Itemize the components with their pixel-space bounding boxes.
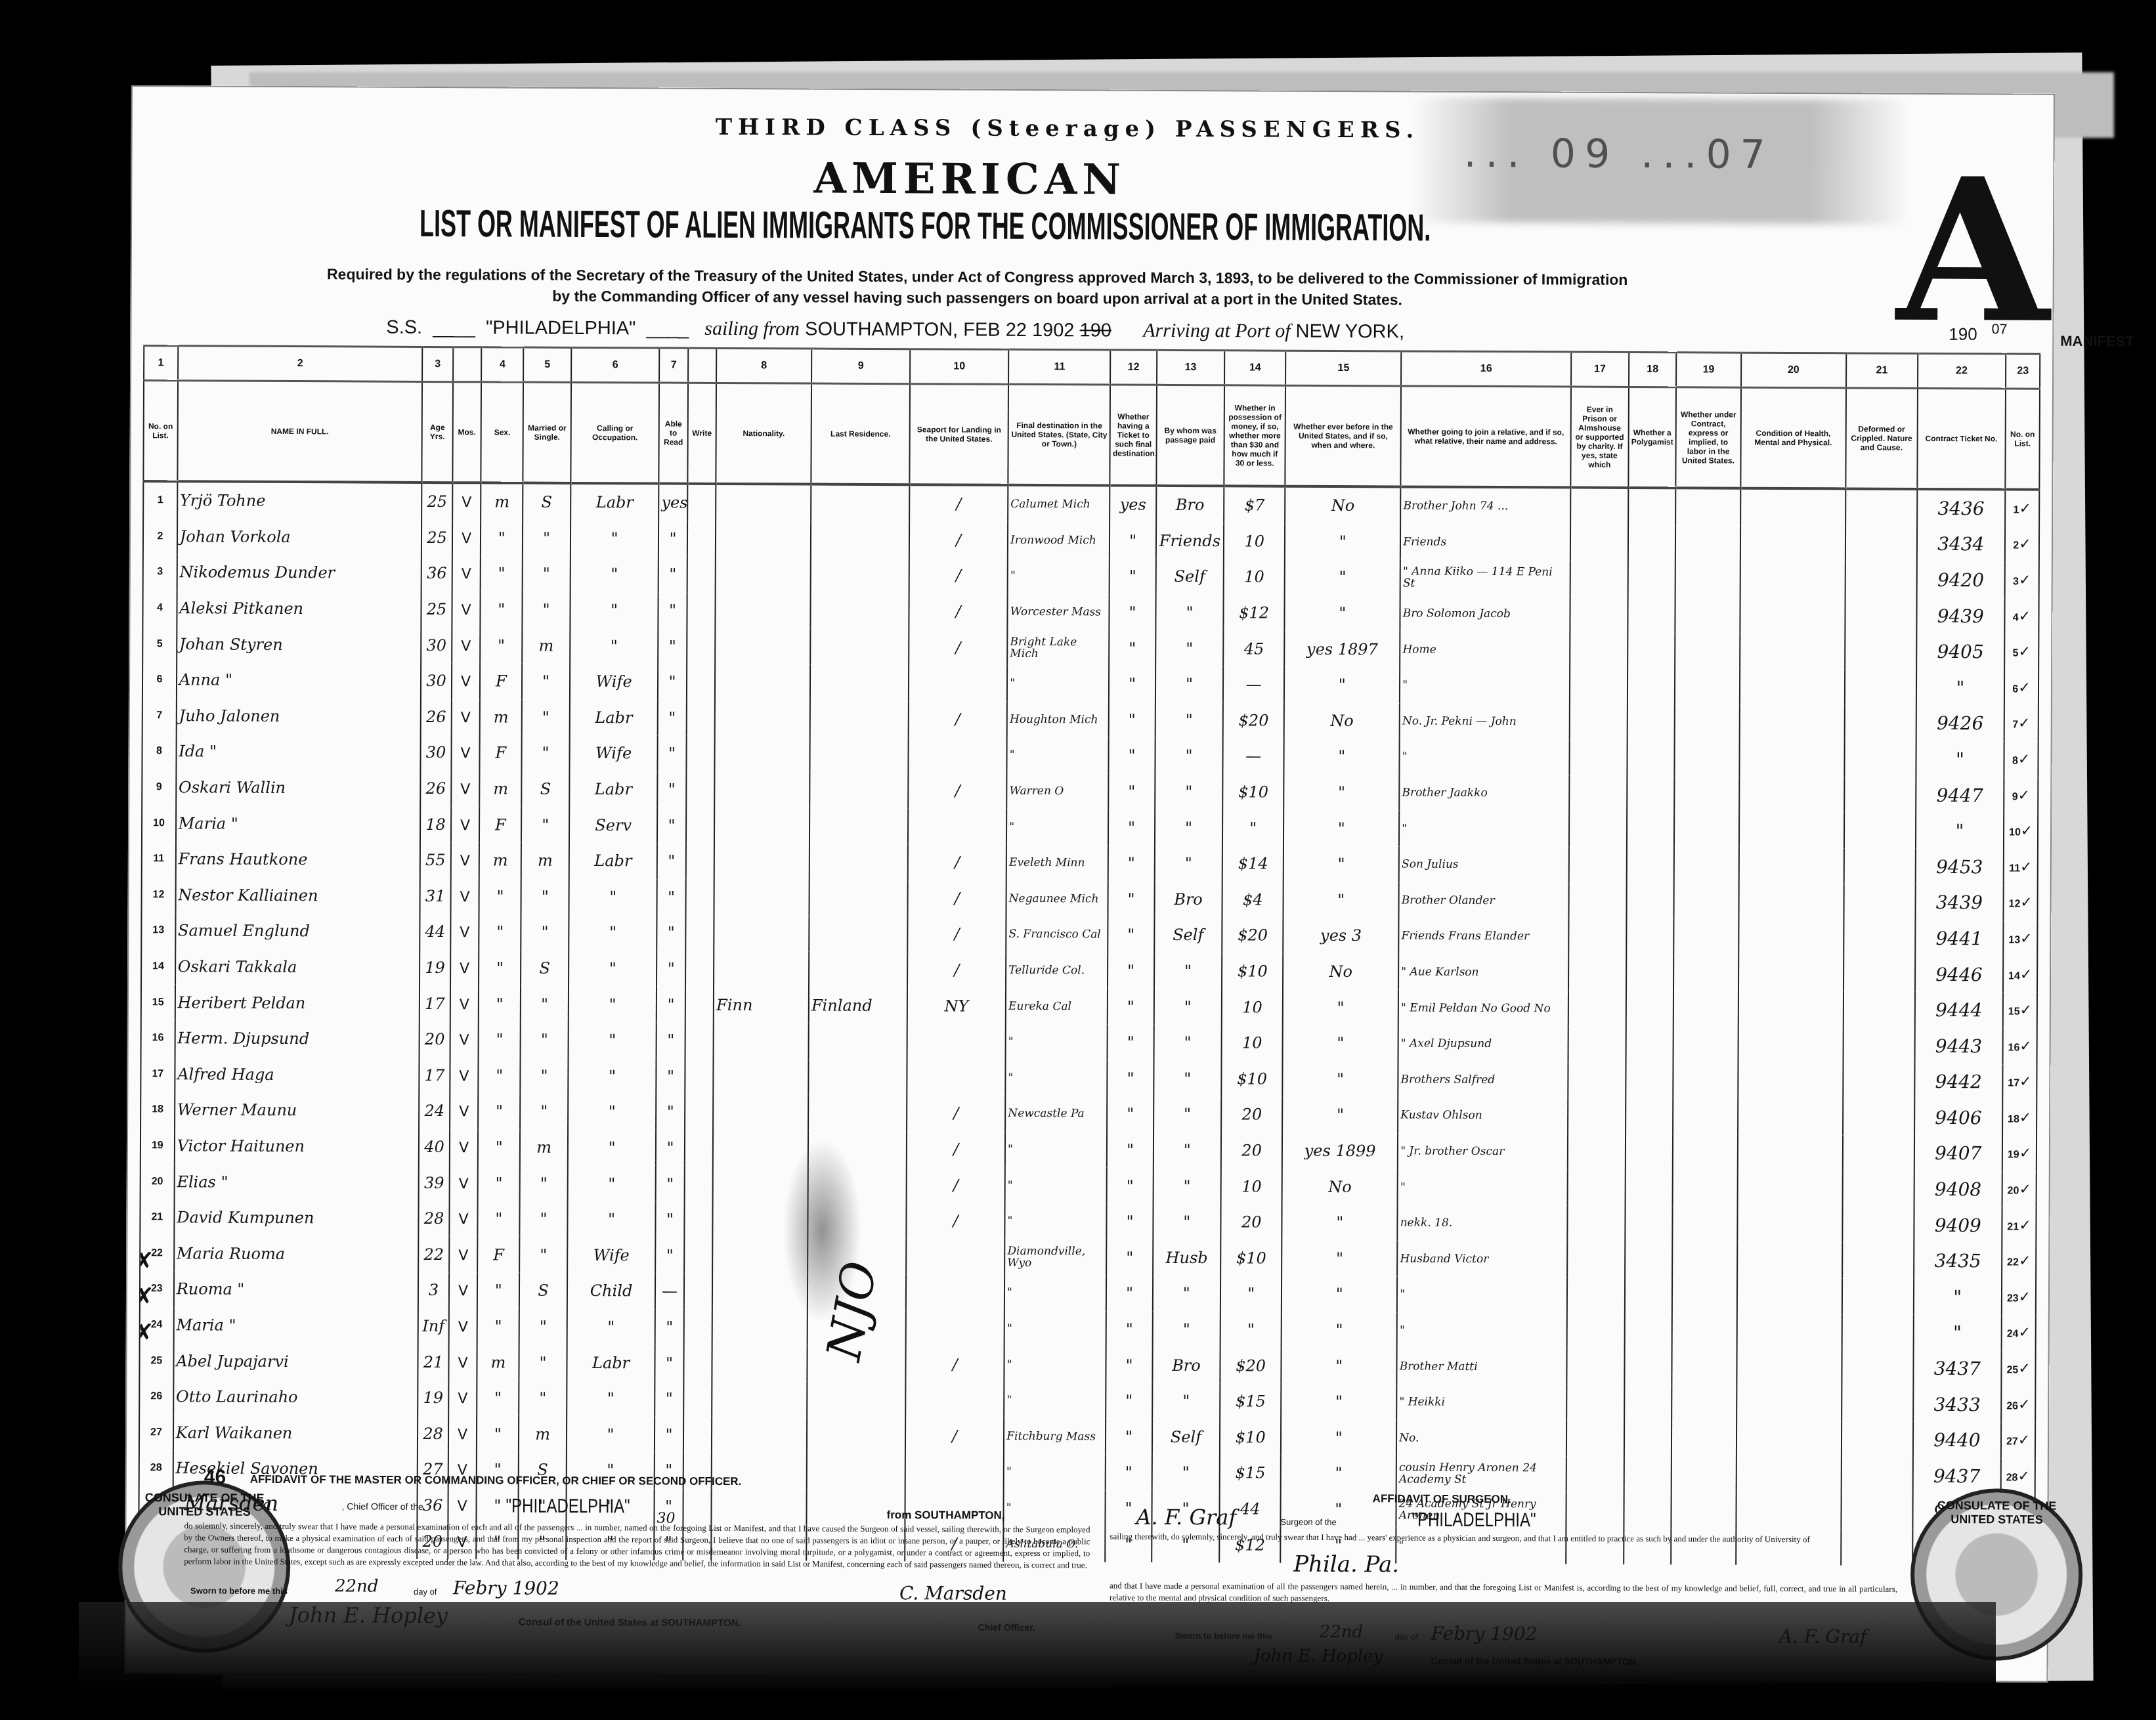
- sex-cell: ": [479, 986, 521, 1022]
- age-years-cell: 19: [418, 1380, 448, 1416]
- polygamist-cell: [1626, 991, 1674, 1027]
- age-check-mark: V: [458, 1427, 467, 1443]
- read-cell: ": [655, 1237, 684, 1274]
- age-months-cell: V: [450, 914, 479, 950]
- age-months-cell: V: [451, 806, 480, 842]
- age-check-mark: V: [460, 781, 470, 798]
- deformed-cell: [1842, 1422, 1913, 1458]
- deformed-cell: [1844, 741, 1916, 777]
- last-residence-cell: [810, 629, 909, 665]
- ticket-cell: ": [1108, 881, 1155, 917]
- age-years-cell: 18: [420, 806, 451, 842]
- contract-ticket-cell: 3437: [1913, 1350, 2002, 1387]
- read-cell: ": [656, 1094, 685, 1130]
- column-header: Deformed or Crippled. Nature and Cause.: [1845, 388, 1917, 489]
- occupation-cell: ": [567, 1201, 656, 1237]
- relative-cell: " Aue Karlson: [1398, 954, 1568, 991]
- row-number: 25: [139, 1343, 173, 1379]
- health-cell: [1738, 955, 1844, 991]
- passage-paid-cell: ": [1155, 595, 1224, 631]
- name-cell: Heribert Peldan: [175, 985, 420, 1021]
- row-number: 12: [142, 877, 176, 913]
- age-years-cell: 30: [421, 735, 452, 771]
- previous-visit-cell: ": [1283, 1061, 1398, 1097]
- prison-cell: [1568, 1098, 1626, 1134]
- marital-status-cell: S: [523, 483, 571, 521]
- money-cell: $15: [1220, 1383, 1281, 1419]
- name-cell: Frans Hautkone: [175, 841, 420, 878]
- column-header: Contract Ticket No.: [1917, 388, 2006, 489]
- passage-paid-cell: Husb: [1153, 1239, 1221, 1276]
- polygamist-cell: [1626, 1027, 1673, 1063]
- verified-check-icon: ✓: [2018, 1396, 2031, 1413]
- verified-check-icon: ✓: [2019, 1038, 2032, 1054]
- column-number: 19: [1676, 353, 1741, 387]
- contract-cell: [1675, 488, 1740, 525]
- passage-paid-cell: ": [1153, 1060, 1222, 1096]
- age-years-cell: 28: [419, 1201, 450, 1237]
- ticket-cell: ": [1106, 1311, 1153, 1347]
- previous-visit-cell: ": [1282, 1240, 1397, 1276]
- row-number: 17: [140, 1056, 175, 1092]
- health-cell: [1736, 1421, 1842, 1457]
- destination-cell: ": [1008, 558, 1110, 594]
- health-cell: [1736, 1350, 1842, 1386]
- occupation-cell: Labr: [569, 771, 658, 807]
- contract-ticket-cell: 9441: [1915, 920, 2004, 957]
- passage-paid-cell: Bro: [1154, 881, 1222, 917]
- contract-ticket-cell: ": [1916, 670, 2004, 706]
- age-check-mark: V: [458, 1319, 468, 1335]
- name-cell: David Kumpunen: [174, 1199, 419, 1236]
- row-number-right: 8✓: [2004, 742, 2038, 778]
- column-header: Sex.: [481, 382, 524, 483]
- last-residence-cell: [810, 664, 909, 700]
- occupation-cell: Labr: [571, 483, 659, 521]
- destination-cell: Diamondville, Wyo: [1004, 1239, 1106, 1275]
- seaport-cell: /: [907, 1095, 1005, 1131]
- passage-paid-cell: ": [1155, 630, 1224, 666]
- row-number: 27: [139, 1415, 173, 1451]
- write-cell: [685, 1130, 714, 1166]
- column-number: 2: [178, 346, 423, 382]
- column-number: 7: [659, 348, 688, 383]
- column-number: 9: [811, 349, 910, 384]
- nationality-cell: [715, 664, 810, 700]
- health-cell: [1738, 920, 1844, 956]
- deformed-cell: [1843, 1027, 1914, 1064]
- sex-cell: ": [480, 628, 522, 664]
- previous-visit-cell: yes 1897: [1284, 631, 1400, 667]
- age-years-cell: 36: [421, 555, 452, 591]
- name-cell: Juho Jalonen: [176, 698, 421, 735]
- marital-status-cell: m: [520, 1129, 568, 1165]
- ink-smudge: [783, 1138, 862, 1323]
- read-cell: ": [657, 843, 686, 879]
- name-cell: Nikodemus Dunder: [177, 554, 421, 591]
- age-years-cell: 39: [419, 1165, 450, 1201]
- relative-cell: ": [1400, 667, 1570, 704]
- sex-cell: F: [479, 807, 521, 843]
- polygamist-cell: [1627, 740, 1675, 776]
- cross-mark-icon: ✗: [140, 1247, 155, 1272]
- money-cell: —: [1223, 738, 1284, 774]
- column-number: 4: [481, 347, 523, 382]
- previous-visit-cell: No: [1284, 702, 1400, 739]
- age-months-cell: V: [448, 1344, 477, 1380]
- occupation-cell: ": [571, 521, 659, 557]
- column-number: 23: [2006, 354, 2040, 389]
- previous-visit-cell: ": [1283, 810, 1399, 846]
- age-check-mark: V: [460, 960, 469, 977]
- last-residence-cell: [811, 484, 909, 522]
- column-header: By whom was passage paid: [1156, 385, 1224, 486]
- age-check-mark: V: [458, 1211, 468, 1228]
- age-check-mark: V: [459, 1104, 469, 1121]
- polygamist-cell: [1628, 488, 1676, 525]
- age-years-cell: 55: [420, 842, 451, 878]
- age-months-cell: V: [450, 1058, 479, 1094]
- column-number: 6: [571, 347, 660, 383]
- occupation-cell: ": [570, 556, 658, 592]
- age-years-cell: 17: [420, 1057, 450, 1093]
- polygamist-cell: [1625, 1206, 1673, 1242]
- passage-paid-cell: Self: [1155, 559, 1224, 595]
- prison-cell: [1569, 740, 1627, 776]
- contract-cell: [1673, 1206, 1738, 1242]
- ticket-cell: ": [1108, 845, 1155, 881]
- row-number-right: 27✓: [2001, 1423, 2035, 1459]
- occupation-cell: ": [567, 1381, 655, 1417]
- contract-ticket-cell: 9453: [1915, 849, 2004, 885]
- relative-cell: Brothers Salfred: [1398, 1062, 1568, 1098]
- occupation-cell: ": [568, 1058, 657, 1094]
- previous-visit-cell: yes 1899: [1282, 1132, 1398, 1169]
- previous-visit-cell: ": [1281, 1384, 1396, 1420]
- age-months-cell: V: [452, 520, 481, 556]
- from-port: from SOUTHAMPTON,: [886, 1509, 1004, 1522]
- nationality-cell: [714, 1058, 809, 1094]
- prison-cell: [1568, 1134, 1626, 1170]
- seaport-cell: [908, 809, 1006, 845]
- verified-check-icon: ✓: [2019, 608, 2031, 624]
- cross-mark-icon: ✗: [140, 1319, 155, 1343]
- row-number-label: 8: [2012, 755, 2018, 766]
- deformed-cell: [1843, 1099, 1914, 1135]
- polygamist-cell: [1628, 561, 1675, 597]
- occupation-cell: ": [569, 951, 657, 987]
- money-cell: 10: [1222, 1025, 1283, 1061]
- row-number: 10: [142, 805, 176, 841]
- seaport-cell: [907, 1023, 1006, 1060]
- column-number: [453, 347, 482, 382]
- prison-cell: [1567, 1170, 1625, 1206]
- ticket-cell: yes: [1110, 486, 1156, 523]
- marital-status-cell: ": [519, 1380, 567, 1416]
- contract-cell: [1674, 776, 1739, 812]
- name-cell: Alfred Haga: [175, 1056, 420, 1093]
- marital-status-cell: ": [521, 807, 569, 843]
- age-years-cell: 31: [420, 878, 451, 914]
- master-sworn-label: Sworn to before me this: [190, 1585, 288, 1596]
- seaport-cell: [909, 737, 1007, 773]
- deformed-cell: [1845, 526, 1917, 562]
- passage-paid-cell: ": [1152, 1311, 1220, 1347]
- column-header: Married or Single.: [523, 382, 571, 483]
- contract-cell: [1673, 1027, 1738, 1063]
- row-number-right: 11✓: [2004, 849, 2038, 885]
- age-check-mark: V: [460, 817, 470, 834]
- column-number: 14: [1224, 351, 1285, 385]
- age-check-mark: V: [461, 638, 471, 655]
- nationality-cell: [715, 700, 810, 736]
- seaport-cell: /: [909, 522, 1008, 558]
- relative-cell: ": [1400, 739, 1570, 776]
- deformed-cell: [1844, 848, 1916, 884]
- master-affidavit-body: do solemnly, sincerely, and truly swear …: [184, 1520, 1090, 1571]
- name-cell: Herm. Djupsund: [175, 1020, 420, 1057]
- deformed-cell: [1842, 1278, 1914, 1314]
- row-number-right: 5✓: [2004, 634, 2038, 670]
- read-cell: ": [657, 1058, 685, 1094]
- prison-cell: [1568, 919, 1626, 955]
- relative-cell: No.: [1396, 1420, 1566, 1457]
- row-number-label: 12: [2008, 899, 2020, 910]
- column-header: No. on List.: [143, 381, 177, 482]
- verified-check-icon: ✓: [2020, 895, 2033, 911]
- contract-ticket-cell: 3436: [1917, 489, 2006, 527]
- age-years-cell: 21: [418, 1344, 449, 1380]
- relative-cell: ": [1399, 811, 1569, 848]
- relative-cell: ": [1397, 1312, 1567, 1349]
- sex-cell: ": [478, 1165, 520, 1201]
- contract-ticket-cell: 9406: [1914, 1100, 2003, 1136]
- contract-ticket-cell: 3433: [1913, 1387, 2002, 1423]
- occupation-cell: ": [569, 914, 657, 951]
- age-check-mark: V: [461, 674, 471, 690]
- verified-check-icon: ✓: [2020, 859, 2033, 875]
- name-cell: Aleksi Pitkanen: [177, 590, 421, 627]
- health-cell: [1739, 776, 1845, 812]
- arrival-port: NEW YORK,: [1295, 321, 1404, 343]
- relative-cell: Home: [1400, 632, 1570, 668]
- health-cell: [1740, 561, 1845, 597]
- previous-visit-cell: ": [1281, 1419, 1396, 1455]
- column-number: 3: [422, 347, 453, 381]
- polygamist-cell: [1624, 1421, 1672, 1457]
- name-cell: Ruoma ": [174, 1271, 419, 1308]
- seaport-cell: /: [907, 916, 1006, 952]
- age-check-mark: V: [458, 1247, 468, 1264]
- verified-check-icon: ✓: [2020, 1002, 2033, 1019]
- marital-status-cell: m: [521, 843, 569, 879]
- row-number-label: 17: [2008, 1078, 2019, 1089]
- verified-check-icon: ✓: [2018, 644, 2031, 660]
- regulation-text: Required by the regulations of the Secre…: [170, 263, 1785, 312]
- deformed-cell: [1843, 1135, 1914, 1171]
- contract-ticket-cell: 9444: [1914, 992, 2003, 1028]
- money-cell: ": [1220, 1276, 1282, 1312]
- last-residence-cell: [809, 844, 908, 880]
- occupation-cell: Labr: [569, 843, 658, 879]
- ticket-cell: ": [1107, 1168, 1153, 1204]
- age-months-cell: V: [449, 1165, 478, 1201]
- prison-cell: [1568, 883, 1626, 919]
- marital-status-cell: ": [520, 1094, 568, 1130]
- passage-paid-cell: Bro: [1152, 1347, 1220, 1383]
- verified-check-icon: ✓: [2018, 1325, 2031, 1341]
- last-residence-cell: [811, 557, 909, 593]
- write-cell: [685, 1023, 714, 1059]
- marital-status-cell: ": [521, 1022, 569, 1058]
- row-number-right: 20✓: [2002, 1172, 2037, 1208]
- health-cell: [1740, 488, 1846, 526]
- write-cell: [685, 1094, 714, 1130]
- money-cell: 10: [1221, 1169, 1282, 1205]
- read-cell: ": [657, 879, 686, 915]
- age-years-cell: 44: [420, 914, 450, 950]
- age-years-cell: 25: [421, 483, 452, 520]
- row-number-right: 19✓: [2002, 1136, 2037, 1172]
- name-cell: Maria ": [176, 806, 421, 842]
- nationality-cell: [715, 628, 810, 664]
- contract-ticket-cell: 9443: [1914, 1028, 2003, 1064]
- destination-cell: Fitchburg Mass: [1004, 1418, 1106, 1454]
- ticket-cell: ": [1110, 559, 1156, 595]
- deformed-cell: [1845, 488, 1917, 526]
- seaport-cell: [906, 1274, 1004, 1310]
- passage-paid-cell: ": [1155, 666, 1224, 702]
- master-day-of-label: day of: [414, 1587, 437, 1597]
- column-header: Ever in Prison or Almshouse or supported…: [1570, 387, 1629, 488]
- column-header: Whether in possession of money, if so, w…: [1224, 385, 1286, 486]
- seaport-cell: /: [908, 844, 1006, 880]
- age-check-mark: V: [460, 1032, 469, 1048]
- passage-paid-cell: Self: [1152, 1419, 1220, 1455]
- deformed-cell: [1845, 634, 1916, 670]
- ticket-cell: ": [1110, 594, 1156, 630]
- nationality-cell: [714, 807, 809, 844]
- deformed-cell: [1845, 669, 1916, 705]
- money-cell: $20: [1223, 702, 1284, 739]
- deformed-cell: [1845, 597, 1916, 634]
- column-header: Whether having a Ticket to such final de…: [1110, 385, 1157, 486]
- destination-cell: Warren O: [1006, 773, 1108, 809]
- contract-cell: [1675, 668, 1740, 704]
- polygamist-cell: [1628, 525, 1676, 561]
- nationality-cell: [714, 844, 809, 880]
- destination-cell: ": [1005, 1203, 1107, 1239]
- deformed-cell: [1842, 1243, 1914, 1279]
- last-residence-cell: Finland: [809, 987, 907, 1023]
- row-number-label: 15: [2008, 1006, 2020, 1018]
- cross-mark-icon: ✗: [140, 1283, 155, 1307]
- ticket-cell: ": [1110, 630, 1156, 666]
- prison-cell: [1570, 704, 1628, 740]
- deformed-cell: [1843, 956, 1915, 992]
- surgeon-affidavit-title: AFFIDAVIT OF SURGEON.: [1373, 1492, 1511, 1506]
- marital-status-cell: m: [519, 1416, 567, 1452]
- sex-cell: ": [477, 1272, 519, 1308]
- age-months-cell: V: [450, 1093, 479, 1129]
- previous-visit-cell: ": [1283, 989, 1398, 1025]
- age-check-mark: V: [458, 1355, 467, 1371]
- deformed-cell: [1843, 920, 1915, 957]
- passage-paid-cell: ": [1155, 809, 1223, 846]
- row-number-label: 24: [2007, 1329, 2019, 1340]
- row-number-label: 3: [2013, 576, 2019, 587]
- age-years-cell: 30: [421, 663, 452, 699]
- row-number: ✗23: [140, 1271, 174, 1307]
- column-number: 5: [523, 347, 571, 382]
- last-residence-cell: [808, 1095, 907, 1131]
- marital-status-cell: ": [523, 520, 571, 556]
- row-number-right: 14✓: [2003, 957, 2037, 993]
- master-sworn-month: Febry 1902: [453, 1577, 559, 1599]
- nationality-cell: [716, 593, 811, 629]
- write-cell: [684, 1274, 713, 1310]
- prison-cell: [1568, 1026, 1626, 1062]
- age-check-mark: V: [460, 997, 469, 1013]
- relative-cell: Friends: [1400, 524, 1570, 561]
- write-cell: [685, 879, 714, 915]
- column-header: Last Residence.: [811, 383, 910, 484]
- read-cell: ": [658, 700, 687, 736]
- relative-cell: No. Jr. Pekni — John: [1400, 703, 1570, 740]
- column-number: 11: [1008, 349, 1110, 385]
- seaport-cell: [907, 1060, 1005, 1096]
- name-cell: Johan Styren: [177, 626, 421, 663]
- age-months-cell: V: [452, 628, 481, 664]
- row-number: 6: [142, 662, 177, 698]
- row-number-label: 1: [2014, 504, 2019, 515]
- stamp-mark: ... 09 ...07: [1463, 131, 1775, 178]
- age-check-mark: V: [460, 746, 470, 762]
- passage-paid-cell: Self: [1154, 917, 1222, 953]
- prison-cell: [1567, 1278, 1625, 1314]
- seaport-cell: /: [907, 1167, 1005, 1203]
- name-cell: Karl Waikanen: [173, 1415, 418, 1451]
- ticket-cell: ": [1107, 1132, 1153, 1168]
- sex-cell: ": [478, 1129, 520, 1165]
- verified-check-icon: ✓: [2018, 787, 2031, 804]
- row-number-label: 22: [2007, 1257, 2019, 1268]
- nationality-cell: Finn: [714, 987, 809, 1023]
- row-number: 15: [141, 984, 175, 1020]
- previous-visit-cell: yes 3: [1283, 918, 1399, 954]
- verified-check-icon: ✓: [2019, 572, 2031, 589]
- name-cell: Oskari Wallin: [176, 769, 421, 806]
- contract-ticket-cell: 3439: [1915, 884, 2004, 920]
- contract-ticket-cell: 9407: [1914, 1136, 2002, 1172]
- contract-cell: [1671, 1421, 1736, 1457]
- health-cell: [1736, 1278, 1842, 1314]
- row-number-right: 7✓: [2004, 706, 2038, 742]
- column-number: 15: [1285, 351, 1401, 386]
- verified-check-icon: ✓: [2018, 752, 2031, 768]
- surgeon-of-label: Surgeon of the: [1280, 1517, 1336, 1527]
- occupation-cell: ": [569, 878, 657, 914]
- contract-ticket-cell: 9405: [1916, 634, 2005, 670]
- nationality-cell: [712, 1417, 807, 1453]
- arriving-label: Arriving at Port of: [1143, 320, 1290, 342]
- write-cell: [685, 1058, 714, 1094]
- polygamist-cell: [1628, 668, 1675, 704]
- age-months-cell: V: [452, 555, 481, 591]
- age-months-cell: V: [449, 1237, 478, 1273]
- contract-cell: [1673, 1171, 1738, 1207]
- destination-cell: ": [1007, 666, 1109, 702]
